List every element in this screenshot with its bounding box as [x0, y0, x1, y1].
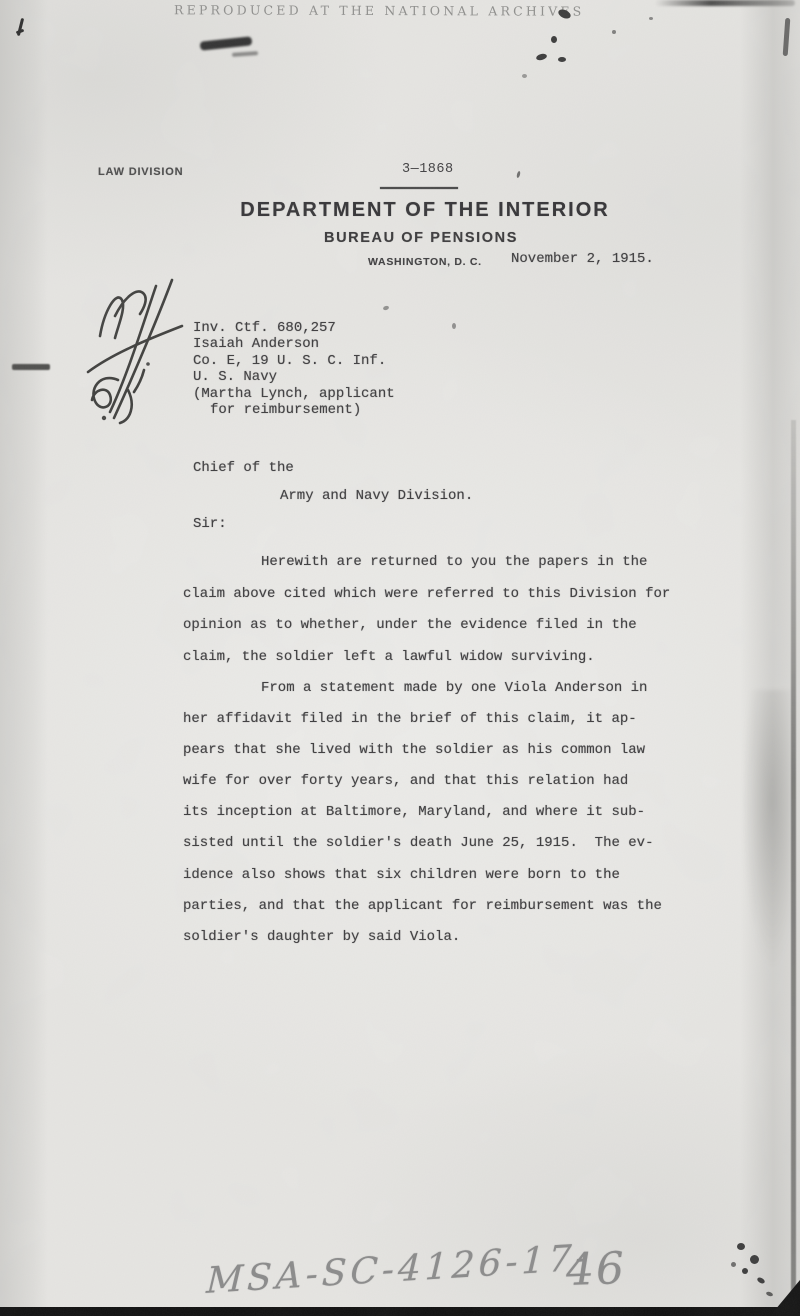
- ink-smudge: [200, 36, 253, 50]
- service-branch-line: U. S. Navy: [193, 369, 395, 385]
- right-edge-blotch: [742, 690, 792, 970]
- ink-speck: [612, 30, 616, 34]
- ink-speck: [742, 1268, 748, 1274]
- law-division-label: LAW DIVISION: [98, 166, 183, 178]
- ink-speck: [649, 17, 653, 20]
- body-line: soldier's daughter by said Viola.: [183, 922, 662, 953]
- ink-speck: [522, 74, 527, 78]
- ink-speck: [551, 36, 557, 43]
- ink-smudge: [232, 51, 258, 57]
- pencil-page-number: 46: [565, 1243, 627, 1296]
- archive-reproduction-stamp: REPRODUCED AT THE NATIONAL ARCHIVES: [174, 2, 584, 18]
- applicant-line-continued: for reimbursement): [193, 402, 395, 418]
- body-line: idence also shows that six children were…: [183, 860, 662, 891]
- letter-date: November 2, 1915.: [511, 251, 654, 267]
- top-edge-ink-streak: [655, 0, 795, 6]
- applicant-line: (Martha Lynch, applicant: [193, 386, 395, 402]
- ink-speck: [558, 57, 566, 62]
- ink-speck: [737, 1243, 745, 1250]
- body-line: wife for over forty years, and that this…: [183, 766, 662, 797]
- body-line: her affidavit filed in the brief of this…: [183, 704, 662, 735]
- right-page-edge-line: [791, 420, 796, 1316]
- soldier-name-line: Isaiah Anderson: [193, 336, 395, 352]
- ink-speck: [382, 305, 389, 311]
- ink-speck: [750, 1255, 759, 1264]
- scanned-letter-page: REPRODUCED AT THE NATIONAL ARCHIVES LAW …: [0, 0, 800, 1316]
- bureau-title: BUREAU OF PENSIONS: [324, 230, 518, 246]
- unit-line: Co. E, 19 U. S. C. Inf.: [193, 353, 395, 369]
- letterhead-city: WASHINGTON, D. C.: [368, 256, 482, 268]
- addressee-line-2: Army and Navy Division.: [280, 488, 473, 504]
- department-title: DEPARTMENT OF THE INTERIOR: [240, 199, 609, 222]
- body-line: opinion as to whether, under the evidenc…: [183, 610, 670, 642]
- scan-corner-shadow: [770, 1280, 800, 1316]
- left-edge-shadow: [0, 0, 48, 1316]
- body-paragraph-1: Herewith are returned to you the papers …: [183, 547, 670, 673]
- greeting: Sir:: [193, 516, 227, 532]
- body-line: its inception at Baltimore, Maryland, an…: [183, 797, 662, 828]
- body-line: Herewith are returned to you the papers …: [183, 547, 670, 579]
- ink-speck: [535, 53, 547, 62]
- ink-speck: [452, 323, 456, 329]
- body-line: claim, the soldier left a lawful widow s…: [183, 642, 670, 674]
- ink-speck: [731, 1262, 736, 1267]
- addressee-line-1: Chief of the: [193, 460, 294, 476]
- form-number-underline: [380, 187, 458, 189]
- handwritten-initials: [84, 274, 192, 426]
- pencil-archive-code: MSA-SC-4126-17-: [205, 1237, 592, 1302]
- form-number: 3—1868: [402, 162, 454, 177]
- scan-bottom-border: [0, 1307, 800, 1316]
- ink-speck: [516, 171, 521, 179]
- body-line: claim above cited which were referred to…: [183, 579, 670, 611]
- left-margin-ink-dash: [12, 364, 50, 370]
- body-line: sisted until the soldier's death June 25…: [183, 828, 662, 859]
- claim-reference-block: Inv. Ctf. 680,257 Isaiah Anderson Co. E,…: [193, 320, 395, 418]
- body-line: pears that she lived with the soldier as…: [183, 735, 662, 766]
- body-paragraph-2: From a statement made by one Viola Ander…: [183, 673, 662, 953]
- claim-certificate-line: Inv. Ctf. 680,257: [193, 320, 395, 336]
- body-line: From a statement made by one Viola Ander…: [183, 673, 662, 704]
- body-line: parties, and that the applicant for reim…: [183, 891, 662, 922]
